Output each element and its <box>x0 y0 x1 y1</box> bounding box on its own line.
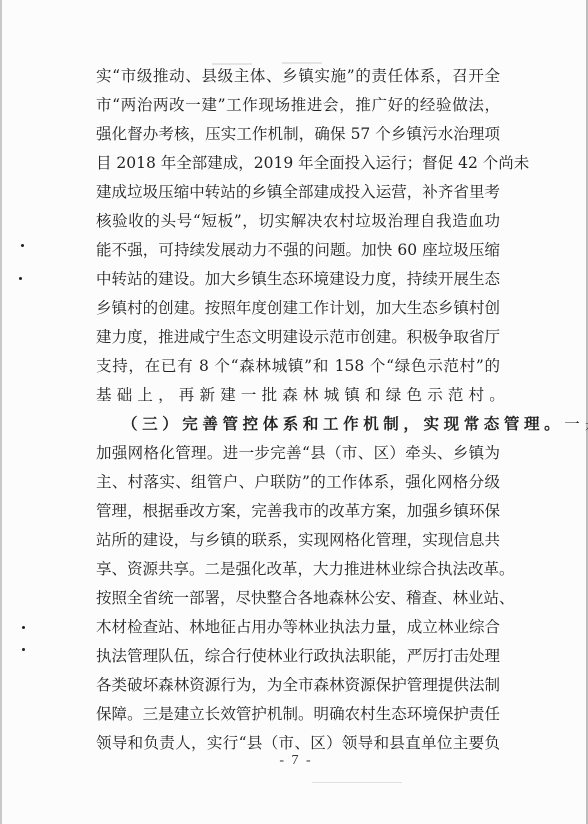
text-line: 市“两治两改一建”工作现场推进会，推广好的经验做法， <box>96 94 500 116</box>
text-line: 支持，在已有 8 个“森林城镇”和 158 个“绿色示范村”的 <box>96 355 500 377</box>
document-page: 实“市级推动、县级主体、乡镇实施”的责任体系，召开全 市“两治两改一建”工作现场… <box>0 0 588 824</box>
text-line: 保障。三是建立长效管护机制。明确农村生态环境保护责任 <box>96 703 500 725</box>
text-line: 建力度，推进咸宁生态文明建设示范市创建。积极争取省厅 <box>96 326 500 348</box>
scan-artifact <box>282 62 322 64</box>
text-line: 核验收的头号“短板”，切实解决农村垃圾治理自我造血功 <box>96 210 500 232</box>
page-number: - 7 - <box>266 753 326 769</box>
text-line: 享、资源共享。二是强化改革，大力推进林业综合执法改革。 <box>96 558 500 580</box>
text-line: 主、村落实、组管户、户联防”的工作体系，强化网格分级 <box>96 471 500 493</box>
text-line: 目 2018 年全部建成，2019 年全面投入运行；督促 42 个尚未 <box>96 152 500 174</box>
section-heading: （三）完善管控体系和工作机制，实现常态管理。 <box>122 415 564 433</box>
text-line: 中转站的建设。加大乡镇生态环境建设力度，持续开展生态 <box>96 268 500 290</box>
text-line: 能不强，可持续发展动力不强的问题。加快 60 座垃圾压缩 <box>96 239 500 261</box>
text-line: 站所的建设，与乡镇的联系，实现网格化管理，实现信息共 <box>96 529 500 551</box>
margin-binding-dot <box>19 277 22 280</box>
margin-binding-dot <box>22 626 25 629</box>
text-line: 管理，根据垂改方案，完善我市的改革方案，加强乡镇环保 <box>96 500 500 522</box>
margin-binding-dot <box>22 648 25 651</box>
text-line: 建成垃圾压缩中转站的乡镇全部建成投入运营，补齐省里考 <box>96 181 500 203</box>
text-line: 实“市级推动、县级主体、乡镇实施”的责任体系，召开全 <box>96 65 500 87</box>
text-line: 领导和负责人，实行“县（市、区）领导和县直单位主要负 <box>96 732 500 754</box>
text-line: 乡镇村的创建。按照年度创建工作计划，加大生态乡镇村创 <box>96 297 500 319</box>
text-line: 执法管理队伍，综合行使林业行政执法职能，严厉打击处理 <box>96 645 500 667</box>
section-heading-line: （三）完善管控体系和工作机制，实现常态管理。一是 <box>122 413 500 435</box>
text-span: 一是 <box>564 415 588 433</box>
text-line: 按照全省统一部署，尽快整合各地森林公安、稽查、林业站、 <box>96 587 500 609</box>
text-line: 木材检查站、林地征占用办等林业执法力量，成立林业综合 <box>96 616 500 638</box>
text-line: 基础上，再新建一批森林城镇和绿色示范村。 <box>96 384 500 406</box>
text-line: 加强网格化管理。进一步完善“县（市、区）牵头、乡镇为 <box>96 442 500 464</box>
text-line: 强化督办考核，压实工作机制，确保 57 个乡镇污水治理项 <box>96 123 500 145</box>
text-line: 各类破坏森林资源行为，为全市森林资源保护管理提供法制 <box>96 674 500 696</box>
scan-artifact <box>312 782 402 783</box>
margin-binding-dot <box>21 244 24 247</box>
